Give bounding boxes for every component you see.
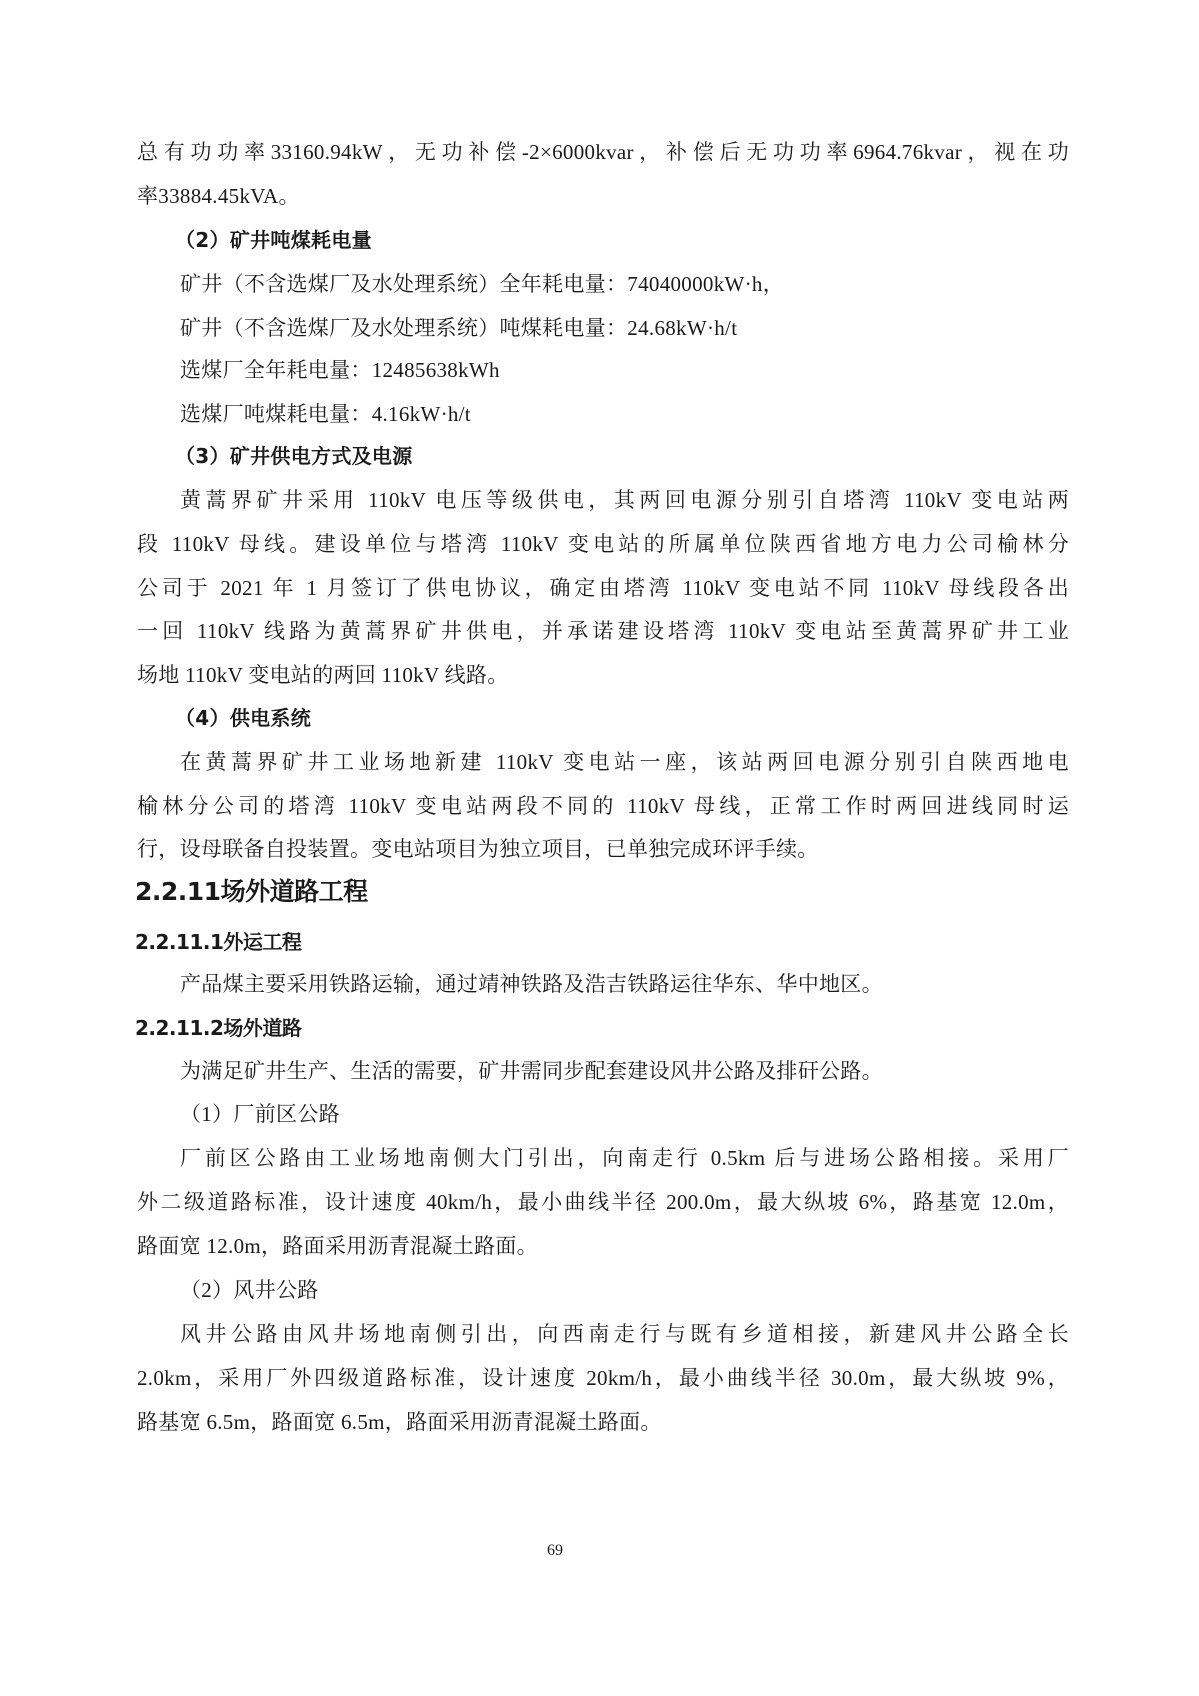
section-heading-offsite-roads: 2.2.11.2场外道路 xyxy=(135,1014,301,1042)
paragraph-line: 总有功功率33160.94kW，无功补偿-2×6000kvar，补偿后无功功率6… xyxy=(137,138,1069,166)
paragraph-line: 路面宽 12.0m，路面采用沥青混凝土路面。 xyxy=(137,1232,538,1260)
item-heading-air-shaft-road: （2）风井公路 xyxy=(180,1276,319,1304)
document-page: 总有功功率33160.94kW，无功补偿-2×6000kvar，补偿后无功功率6… xyxy=(0,0,1199,1696)
subsection-heading-power-per-ton: （2）矿井吨煤耗电量 xyxy=(175,226,372,254)
paragraph-line: 黄蒿界矿井采用 110kV 电压等级供电，其两回电源分别引自塔湾 110kV 变… xyxy=(180,486,1069,514)
paragraph-line: 公司于 2021 年 1 月签订了供电协议，确定由塔湾 110kV 变电站不同 … xyxy=(137,574,1069,602)
paragraph-line: 场地 110kV 变电站的两回 110kV 线路。 xyxy=(137,661,509,689)
paragraph-line: 段 110kV 母线。建设单位与塔湾 110kV 变电站的所属单位陕西省地方电力… xyxy=(137,530,1069,558)
item-heading-front-road: （1）厂前区公路 xyxy=(180,1100,340,1128)
paragraph-line: 路基宽 6.5m，路面宽 6.5m，路面采用沥青混凝土路面。 xyxy=(137,1408,662,1436)
paragraph-line: 一回 110kV 线路为黄蒿界矿井供电，并承诺建设塔湾 110kV 变电站至黄蒿… xyxy=(137,617,1069,645)
paragraph-line: 矿井（不含选煤厂及水处理系统）吨煤耗电量：24.68kW·h/t xyxy=(180,314,737,342)
subsection-heading-power-system: （4）供电系统 xyxy=(175,704,311,732)
paragraph-line: 榆林分公司的塔湾 110kV 变电站两段不同的 110kV 母线，正常工作时两回… xyxy=(137,792,1069,820)
section-heading-offsite-road: 2.2.11场外道路工程 xyxy=(135,876,368,908)
paragraph-line: 率33884.45kVA。 xyxy=(137,182,300,210)
paragraph-line: 矿井（不含选煤厂及水处理系统）全年耗电量：74040000kW·h， xyxy=(180,270,784,298)
paragraph-line: 2.0km，采用厂外四级道路标准，设计速度 20km/h，最小曲线半径 30.0… xyxy=(137,1364,1069,1392)
paragraph-line: 风井公路由风井场地南侧引出，向西南走行与既有乡道相接，新建风井公路全长 xyxy=(180,1320,1069,1348)
paragraph-line: 在黄蒿界矿井工业场地新建 110kV 变电站一座，该站两回电源分别引自陕西地电 xyxy=(180,748,1069,776)
paragraph-line: 产品煤主要采用铁路运输，通过靖神铁路及浩吉铁路运往华东、华中地区。 xyxy=(180,970,883,998)
section-heading-external-transport: 2.2.11.1外运工程 xyxy=(135,928,301,956)
paragraph-line: 厂前区公路由工业场地南侧大门引出，向南走行 0.5km 后与进场公路相接。采用厂 xyxy=(180,1144,1069,1172)
page-number: 69 xyxy=(0,1541,1110,1561)
paragraph-line: 选煤厂全年耗电量：12485638kWh xyxy=(180,356,500,384)
subsection-heading-power-supply-source: （3）矿井供电方式及电源 xyxy=(175,442,413,470)
paragraph-line: 为满足矿井生产、生活的需要，矿井需同步配套建设风井公路及排矸公路。 xyxy=(180,1057,883,1085)
paragraph-line: 选煤厂吨煤耗电量：4.16kW·h/t xyxy=(180,400,471,428)
paragraph-line: 外二级道路标准，设计速度 40km/h，最小曲线半径 200.0m，最大纵坡 6… xyxy=(137,1188,1069,1216)
paragraph-line: 行，设母联备自投装置。变电站项目为独立项目，已单独完成环评手续。 xyxy=(137,835,819,863)
